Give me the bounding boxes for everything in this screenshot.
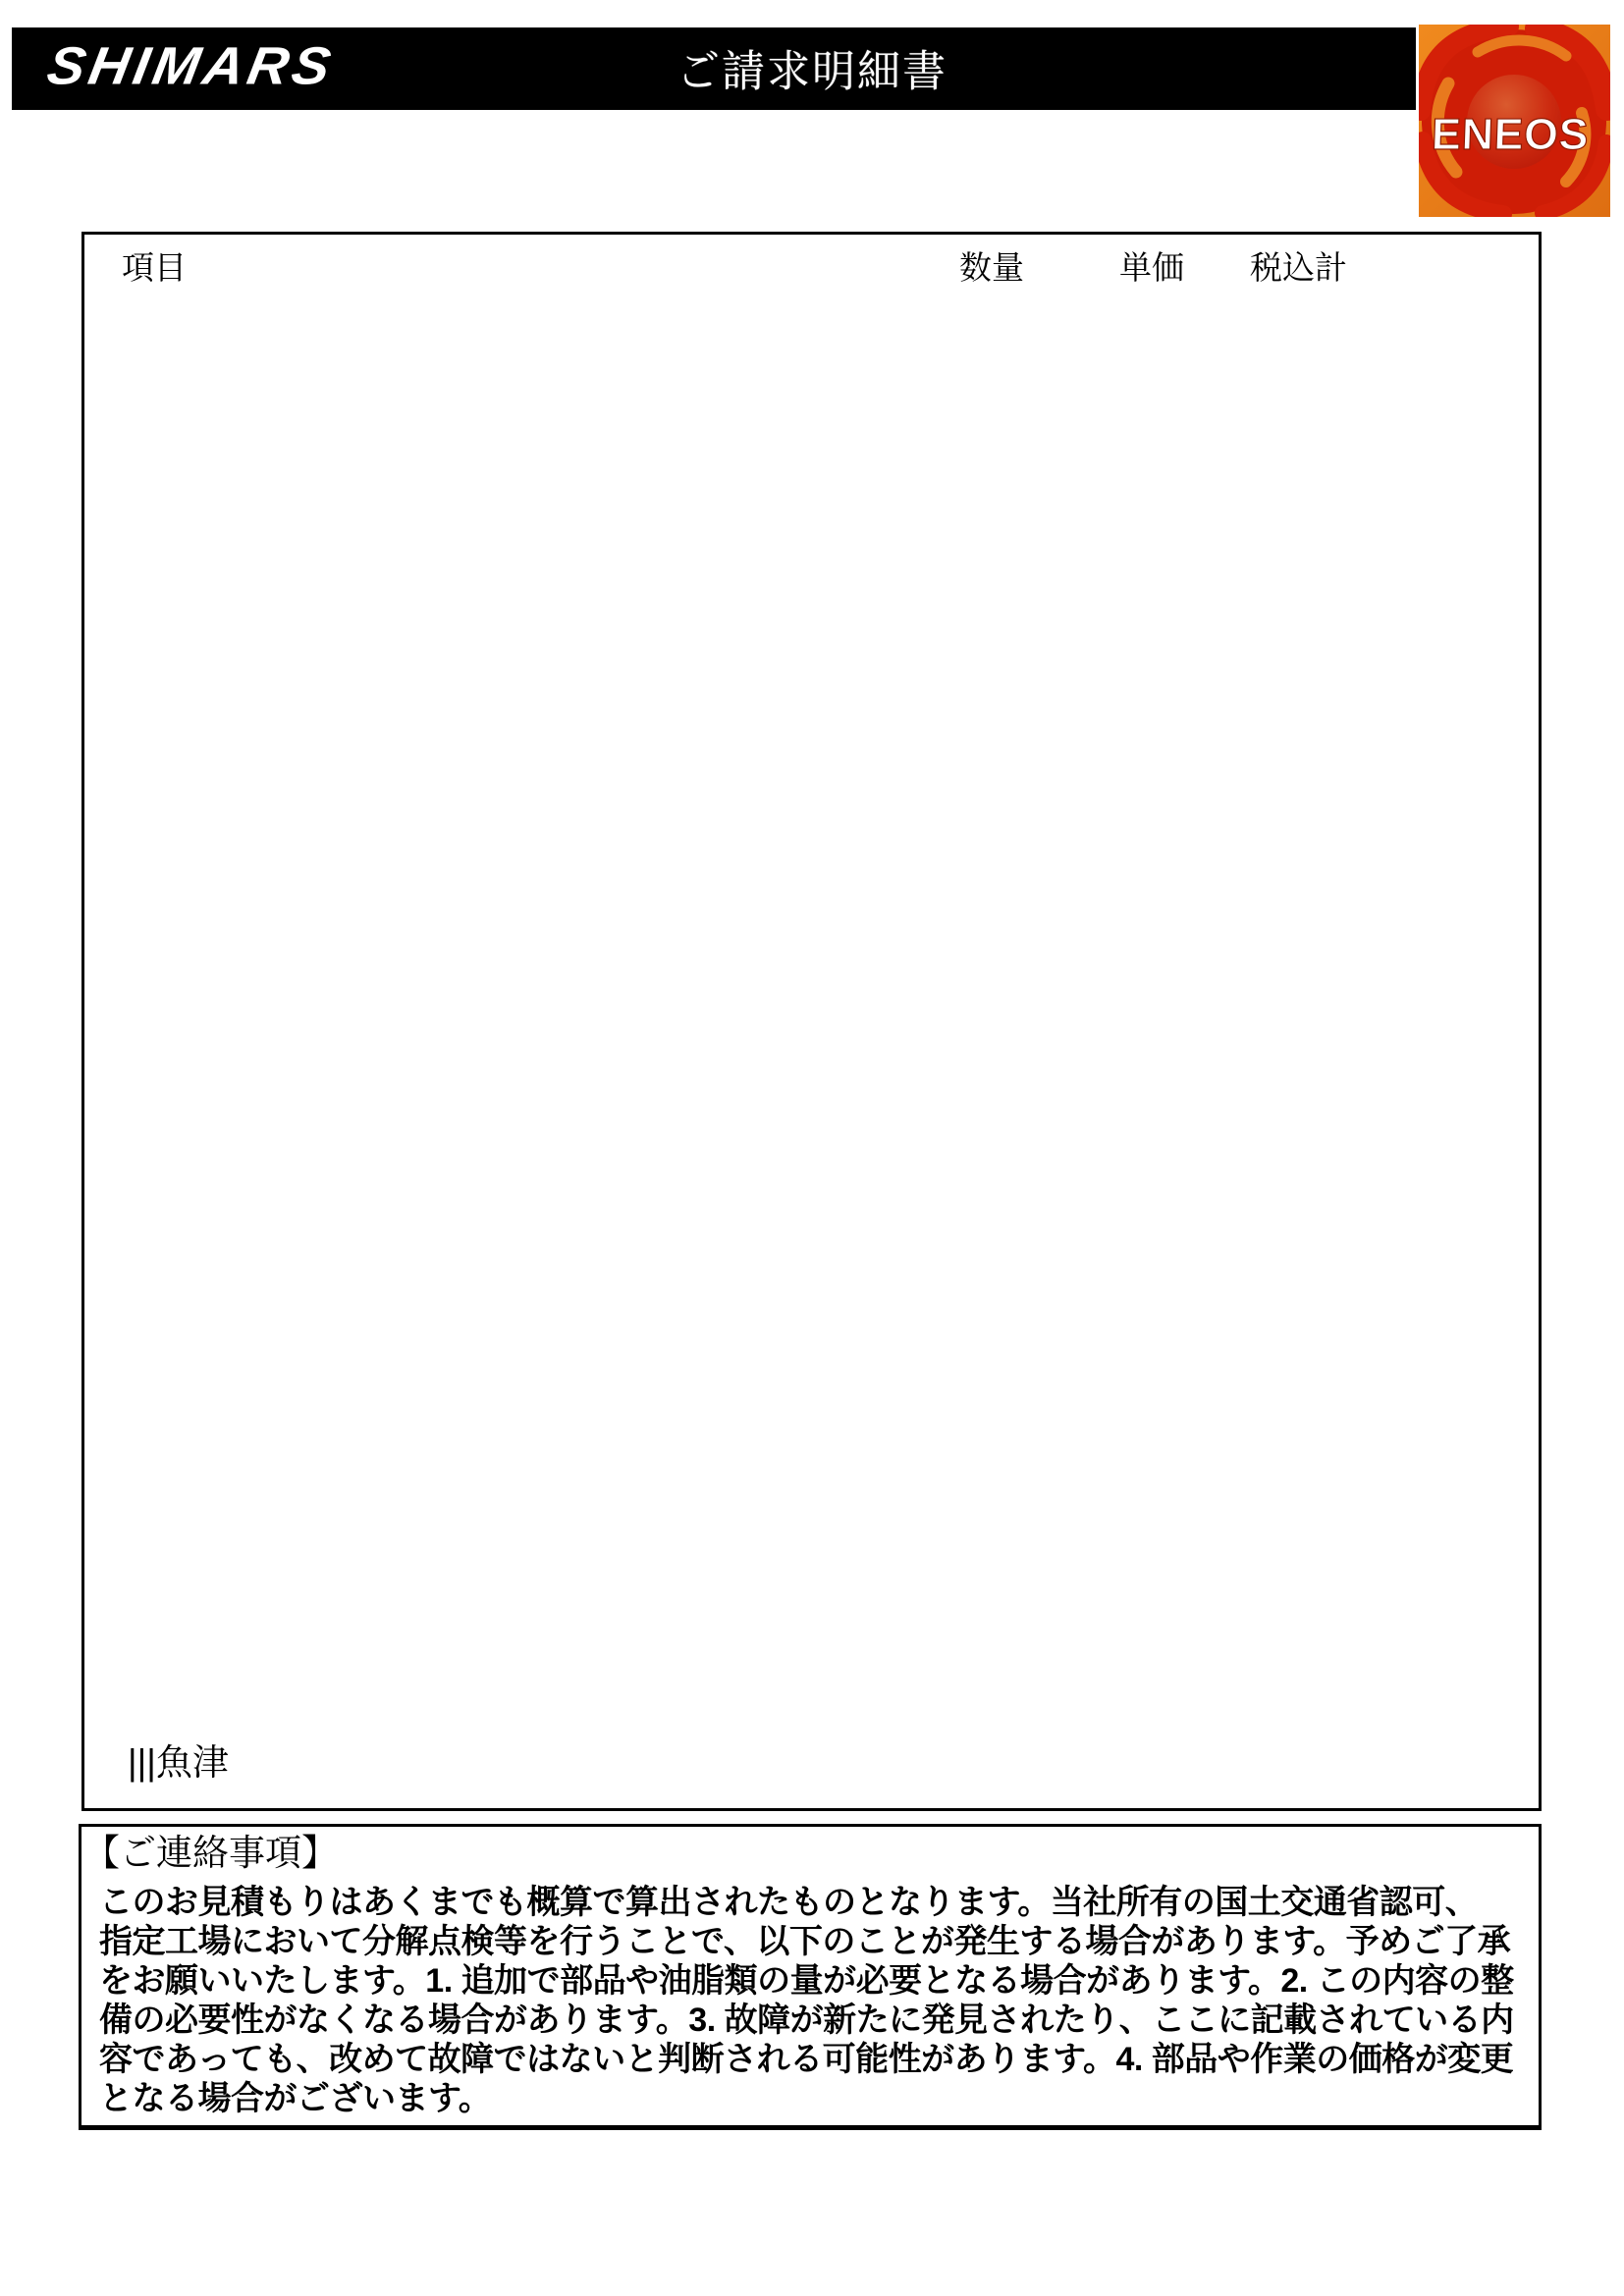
notes-line: 指定工場において分解点検等を行うことで、以下のことが発生する場合があります。予め… xyxy=(99,1922,1525,1961)
branch-note: |||魚津 xyxy=(128,1743,229,1783)
eneos-wordmark: ENEOS xyxy=(1431,109,1590,159)
notes-heading: 【ご連絡事項】 xyxy=(83,1832,1539,1875)
notes-line: となる場合がございます。 xyxy=(99,2079,1525,2118)
invoice-page: SHIMARS ご請求明細書 ENEOS xyxy=(0,0,1624,2296)
header-bar: SHIMARS ご請求明細書 xyxy=(12,27,1416,110)
page-title: ご請求明細書 xyxy=(677,36,947,99)
column-header-unit-price: 単価 xyxy=(1119,250,1184,286)
shimars-logo: SHIMARS xyxy=(43,36,340,97)
items-table: 項目 数量 単価 税込計 |||魚津 xyxy=(81,232,1542,1811)
notes-line: 容であっても、改めて故障ではないと判断される可能性があります。4. 部品や作業の… xyxy=(99,2040,1525,2079)
notes-body: このお見積もりはあくまでも概算で算出されたものとなります。当社所有の国土交通省認… xyxy=(99,1883,1525,2118)
notes-line: 備の必要性がなくなる場合があります。3. 故障が新たに発見されたり、ここに記載さ… xyxy=(99,2001,1525,2040)
notes-line: このお見積もりはあくまでも概算で算出されたものとなります。当社所有の国土交通省認… xyxy=(99,1883,1525,1922)
column-header-item: 項目 xyxy=(122,250,187,286)
notes-line: をお願いいたします。1. 追加で部品や油脂類の量が必要となる場合があります。2.… xyxy=(99,1961,1525,2001)
eneos-logo-icon: ENEOS xyxy=(1419,25,1610,217)
notes-box: 【ご連絡事項】 このお見積もりはあくまでも概算で算出されたものとなります。当社所… xyxy=(79,1824,1542,2130)
column-header-quantity: 数量 xyxy=(959,250,1024,286)
column-header-total-with-tax: 税込計 xyxy=(1250,250,1347,286)
